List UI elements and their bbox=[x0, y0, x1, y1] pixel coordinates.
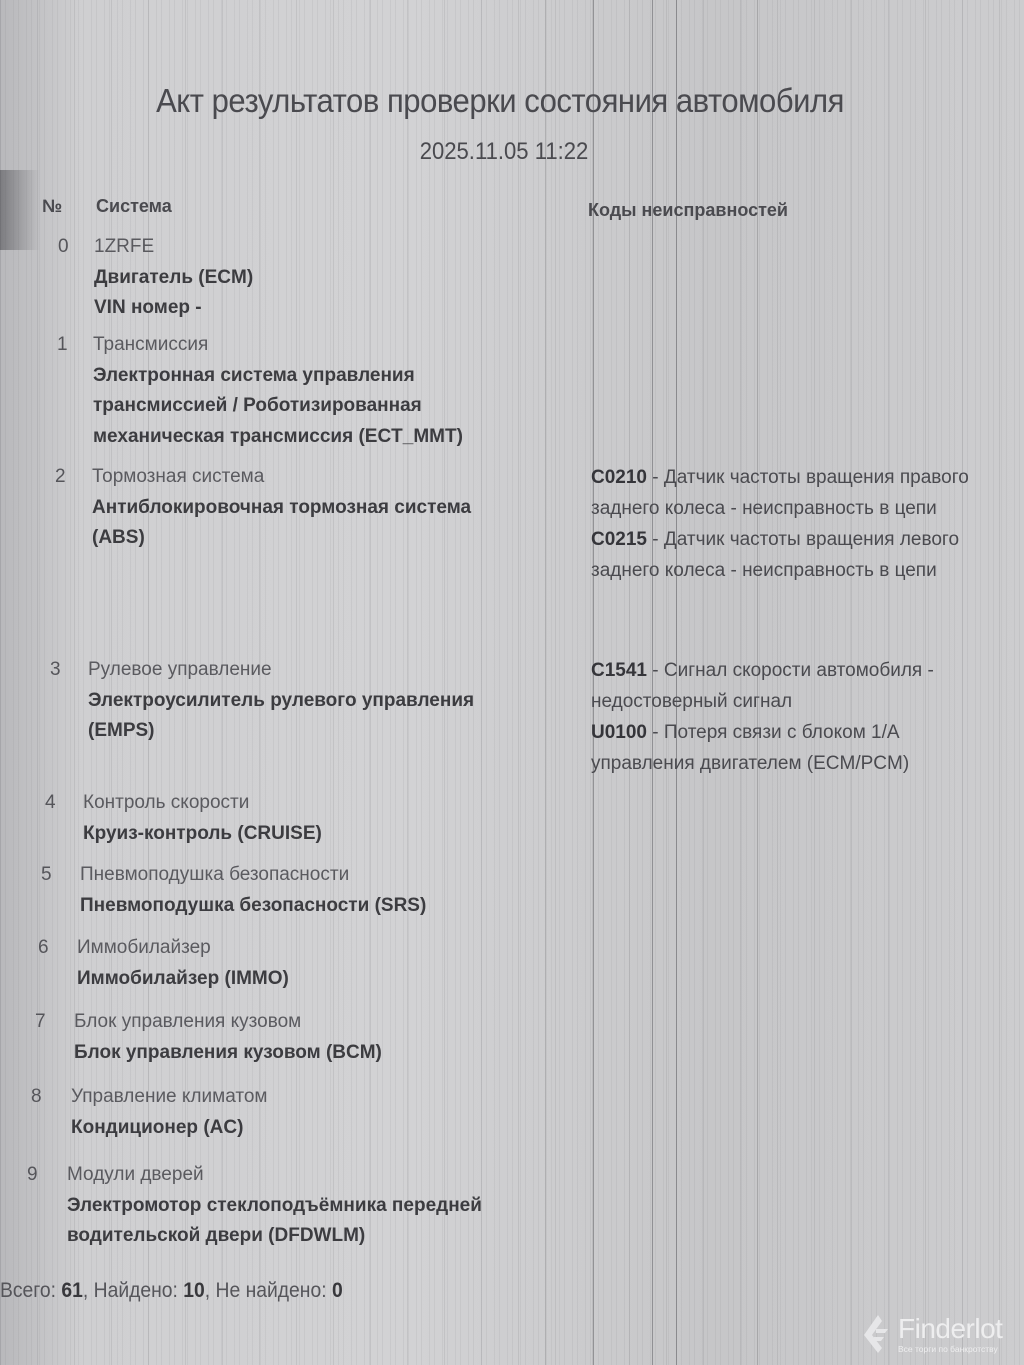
fault-code: C1541 bbox=[591, 660, 647, 681]
column-header-system: Система bbox=[96, 196, 172, 217]
system-category: Контроль скорости bbox=[83, 788, 322, 819]
row-number: 7 bbox=[35, 1007, 55, 1038]
system-name: Антиблокировочная тормозная система bbox=[92, 493, 471, 524]
row-number: 2 bbox=[55, 462, 75, 493]
row-number: 8 bbox=[31, 1082, 51, 1113]
table-row: 4Контроль скоростиКруиз-контроль (CRUISE… bbox=[0, 788, 322, 849]
system-name: трансмиссией / Роботизированная bbox=[93, 391, 463, 422]
system-name: Электронная система управления bbox=[93, 361, 463, 392]
table-row: 3Рулевое управлениеЭлектроусилитель руле… bbox=[0, 655, 474, 747]
system-name: Иммобилайзер (IMMO) bbox=[77, 964, 289, 995]
system-category: Пневмоподушка безопасности bbox=[80, 860, 426, 891]
column-header-codes: Коды неисправностей bbox=[588, 200, 788, 221]
system-category: Модули дверей bbox=[67, 1160, 482, 1191]
fault-entry: U0100 - Потеря связи с блоком 1/A управл… bbox=[591, 717, 981, 779]
watermark-tagline: Все торги по банкротству bbox=[898, 1344, 1002, 1354]
fault-entry: C1541 - Сигнал скорости автомобиля - нед… bbox=[591, 655, 981, 717]
scan-streak bbox=[545, 0, 546, 1365]
table-row: 5Пневмоподушка безопасностиПневмоподушка… bbox=[0, 860, 426, 921]
system-category: Рулевое управление bbox=[88, 655, 474, 686]
summary-total-label: Всего: bbox=[0, 1279, 61, 1302]
system-name: Электроусилитель рулевого управления bbox=[88, 686, 474, 717]
system-name: механическая трансмиссия (ECT_MMT) bbox=[93, 422, 463, 453]
system-name: VIN номер - bbox=[94, 293, 253, 324]
table-row: 01ZRFEДвигатель (ECM)VIN номер - bbox=[0, 232, 253, 324]
summary-found-value: 10 bbox=[183, 1279, 204, 1302]
table-row: 9Модули дверейЭлектромотор стеклоподъёмн… bbox=[0, 1160, 482, 1252]
fault-code: C0215 bbox=[591, 529, 647, 550]
fault-description: - Датчик частоты вращения правого заднег… bbox=[591, 467, 969, 519]
row-number: 3 bbox=[50, 655, 70, 686]
system-name: Электромотор стеклоподъёмника передней bbox=[67, 1191, 482, 1222]
system-name: водительской двери (DFDWLM) bbox=[67, 1221, 482, 1252]
table-row: 1ТрансмиссияЭлектронная система управлен… bbox=[0, 330, 463, 452]
row-number: 5 bbox=[41, 860, 61, 891]
system-category: 1ZRFE bbox=[94, 232, 253, 263]
fault-code-group: C1541 - Сигнал скорости автомобиля - нед… bbox=[591, 655, 981, 779]
system-category: Трансмиссия bbox=[93, 330, 463, 361]
system-name: (ABS) bbox=[92, 523, 471, 554]
table-row: 8Управление климатомКондиционер (AC) bbox=[0, 1082, 267, 1143]
finderlot-logo-icon bbox=[862, 1313, 892, 1355]
table-row: 2Тормозная системаАнтиблокировочная торм… bbox=[0, 462, 471, 554]
system-name: Блок управления кузовом (BCM) bbox=[74, 1038, 382, 1069]
watermark-name: Finderlot bbox=[898, 1314, 1002, 1344]
row-number: 6 bbox=[38, 933, 58, 964]
document-title: Акт результатов проверки состояния автом… bbox=[30, 82, 970, 120]
summary-found-label: , Найдено: bbox=[83, 1279, 183, 1302]
system-name: Круиз-контроль (CRUISE) bbox=[83, 819, 322, 850]
row-number: 9 bbox=[27, 1160, 47, 1191]
summary-line: Всего: 61, Найдено: 10, Не найдено: 0 bbox=[0, 1279, 343, 1303]
fault-entry: C0215 - Датчик частоты вращения левого з… bbox=[591, 524, 981, 586]
system-name: (EMPS) bbox=[88, 716, 474, 747]
system-category: Управление климатом bbox=[71, 1082, 267, 1113]
fault-code: U0100 bbox=[591, 722, 647, 743]
table-row: 7Блок управления кузовомБлок управления … bbox=[0, 1007, 382, 1068]
summary-not-found-value: 0 bbox=[332, 1279, 343, 1302]
fault-description: - Датчик частоты вращения левого заднего… bbox=[591, 529, 959, 581]
system-category: Тормозная система bbox=[92, 462, 471, 493]
fault-code-group: C0210 - Датчик частоты вращения правого … bbox=[591, 462, 981, 586]
fault-code: C0210 bbox=[591, 467, 647, 488]
row-number: 4 bbox=[45, 788, 65, 819]
summary-total-value: 61 bbox=[61, 1279, 82, 1302]
system-name: Пневмоподушка безопасности (SRS) bbox=[80, 891, 426, 922]
system-category: Иммобилайзер bbox=[77, 933, 289, 964]
summary-not-found-label: , Не найдено: bbox=[205, 1279, 332, 1302]
document-datetime: 2025.11.05 11:22 bbox=[40, 138, 967, 166]
column-header-number: № bbox=[42, 196, 62, 217]
row-number: 0 bbox=[58, 232, 78, 263]
fault-entry: C0210 - Датчик частоты вращения правого … bbox=[591, 462, 981, 524]
finderlot-watermark: Finderlot Все торги по банкротству bbox=[862, 1304, 1022, 1364]
row-number: 1 bbox=[57, 330, 77, 361]
system-name: Двигатель (ECM) bbox=[94, 263, 253, 294]
table-row: 6ИммобилайзерИммобилайзер (IMMO) bbox=[0, 933, 289, 994]
system-name: Кондиционер (AC) bbox=[71, 1113, 267, 1144]
system-category: Блок управления кузовом bbox=[74, 1007, 382, 1038]
